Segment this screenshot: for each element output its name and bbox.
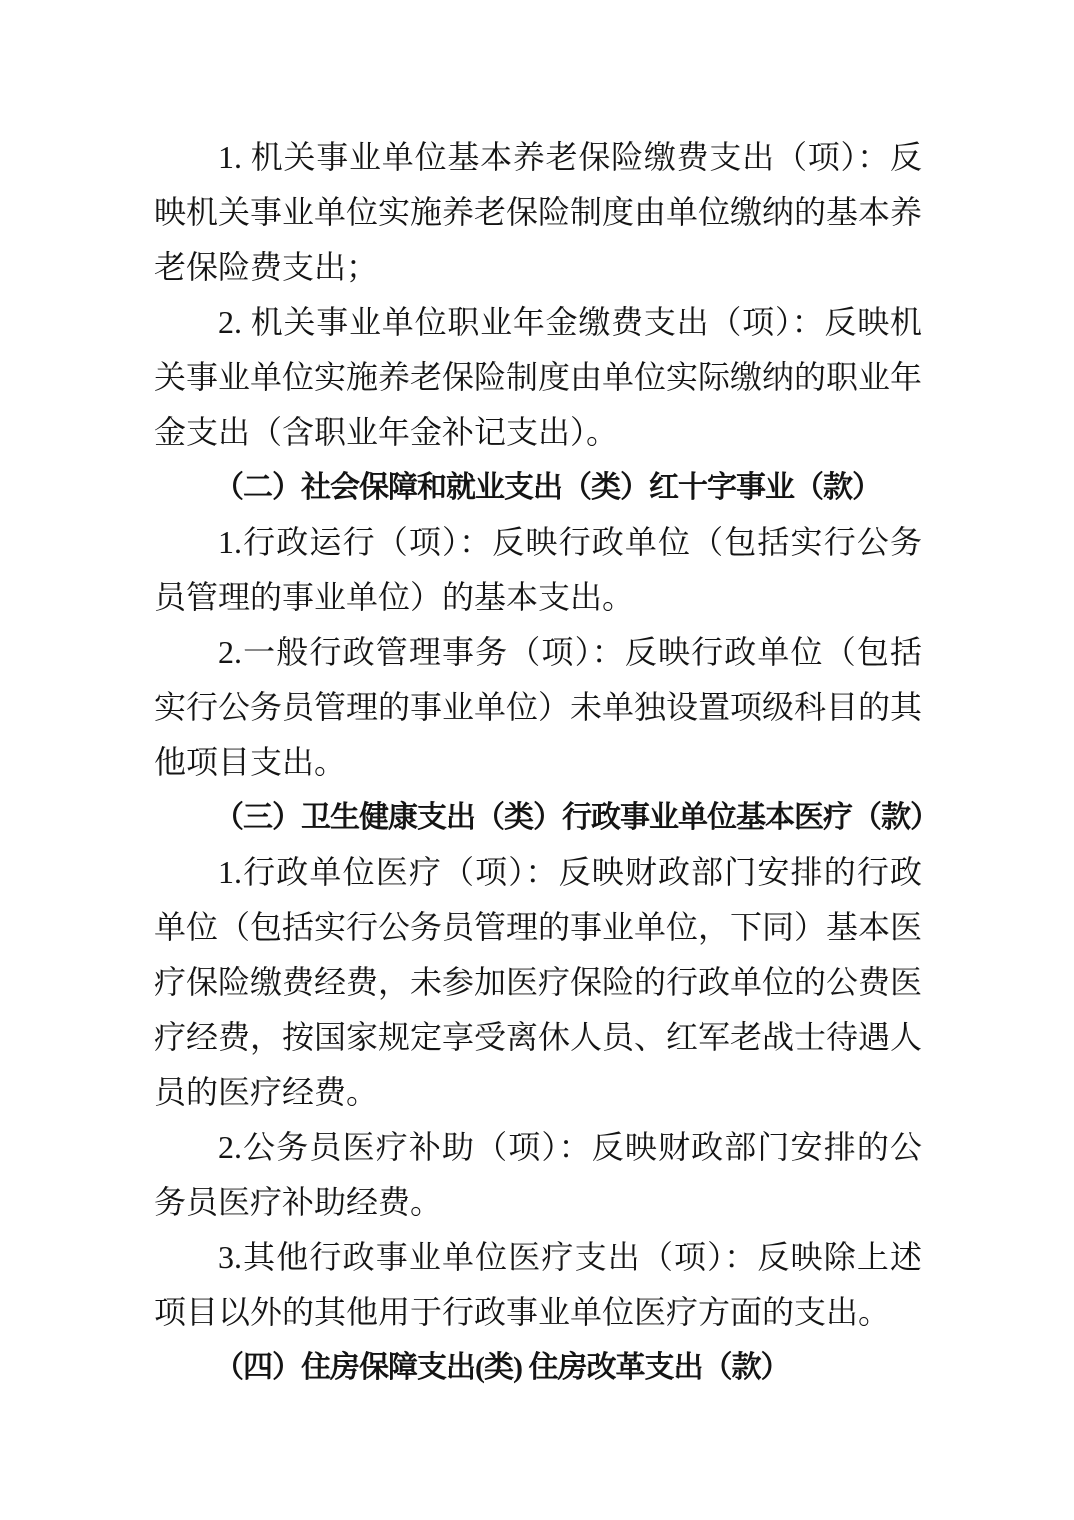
paragraph-civil-servant-medical-subsidy: 2.公务员医疗补助（项）：反映财政部门安排的公务员医疗补助经费。	[154, 1120, 922, 1230]
document-page: 1. 机关事业单位基本养老保险缴费支出（项）：反映机关事业单位实施养老保险制度由…	[0, 0, 1074, 1520]
paragraph-other-medical-expenditure: 3.其他行政事业单位医疗支出（项）：反映除上述项目以外的其他用于行政事业单位医疗…	[154, 1230, 922, 1340]
document-text-block: 1. 机关事业单位基本养老保险缴费支出（项）：反映机关事业单位实施养老保险制度由…	[154, 130, 922, 1395]
paragraph-pension-contribution: 1. 机关事业单位基本养老保险缴费支出（项）：反映机关事业单位实施养老保险制度由…	[154, 130, 922, 295]
paragraph-occupational-annuity: 2. 机关事业单位职业年金缴费支出（项）：反映机关事业单位实施养老保险制度由单位…	[154, 295, 922, 460]
section-heading-health: （三）卫生健康支出（类）行政事业单位基本医疗（款）	[154, 790, 922, 845]
paragraph-admin-unit-medical: 1.行政单位医疗（项）：反映财政部门安排的行政单位（包括实行公务员管理的事业单位…	[154, 845, 922, 1120]
paragraph-general-admin-affairs: 2.一般行政管理事务（项）：反映行政单位（包括实行公务员管理的事业单位）未单独设…	[154, 625, 922, 790]
section-heading-housing: （四）住房保障支出(类) 住房改革支出（款）	[154, 1340, 922, 1395]
paragraph-administrative-operation: 1.行政运行（项）：反映行政单位（包括实行公务员管理的事业单位）的基本支出。	[154, 515, 922, 625]
section-heading-social-security: （二）社会保障和就业支出（类）红十字事业（款）	[154, 460, 922, 515]
